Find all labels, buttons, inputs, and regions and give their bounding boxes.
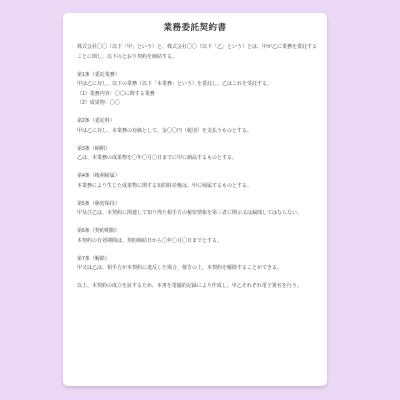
contract-article: 第4条（権利帰属） 本業務により生じた成果物に関する知的財産権は、甲に帰属するも…	[77, 172, 320, 191]
article-heading: 第7条（解除）	[77, 255, 320, 265]
contract-article: 第5条（秘密保持） 甲及び乙は、本契約に関連して知り得た相手方の秘密情報を第三者…	[77, 200, 320, 219]
document-title: 業務委託契約書	[77, 21, 313, 34]
article-line: （2）成果物：〇〇	[77, 99, 320, 109]
article-body: 甲は乙に対し、以下の業務（以下「本業務」という）を委託し、乙はこれを受託する。（…	[77, 80, 320, 109]
article-line: 甲は乙に対し、以下の業務（以下「本業務」という）を委託し、乙はこれを受託する。	[77, 80, 320, 90]
contract-article: 第2条（委託料） 甲は乙に対し、本業務の対価として、金〇〇円（税別）を支払うもの…	[77, 117, 320, 136]
article-line: 甲及び乙は、本契約に関連して知り得た相手方の秘密情報を第三者に開示又は漏洩しては…	[77, 209, 320, 219]
contract-article: 第3条（納期） 乙は、本業務の成果物を〇年〇月〇日までに甲に納品するものとする。	[77, 145, 320, 164]
article-body: 甲又は乙は、相手方が本契約に違反した場合、催告の上、本契約を解除することができる…	[77, 264, 320, 274]
article-line: 甲は乙に対し、本業務の対価として、金〇〇円（税別）を支払うものとする。	[77, 127, 320, 137]
contract-preamble: 株式会社〇〇（以下「甲」という）と、株式会社〇〇（以下「乙」という）とは、甲が乙…	[77, 43, 320, 62]
contract-article: 第7条（解除） 甲又は乙は、相手方が本契約に違反した場合、催告の上、本契約を解除…	[77, 255, 320, 274]
closing-statement: 以上、本契約の成立を証するため、本書を電磁的記録により作成し、甲乙それぞれ電子署…	[77, 282, 320, 292]
article-heading: 第2条（委託料）	[77, 117, 320, 127]
article-line: 本契約の有効期間は、契約締結日から〇年〇月〇日までとする。	[77, 237, 320, 247]
article-body: 乙は、本業務の成果物を〇年〇月〇日までに甲に納品するものとする。	[77, 154, 320, 164]
article-heading: 第4条（権利帰属）	[77, 172, 320, 182]
article-body: 本業務により生じた成果物に関する知的財産権は、甲に帰属するものとする。	[77, 182, 320, 192]
article-heading: 第1条（委託業務）	[77, 71, 320, 81]
article-heading: 第6条（契約期間）	[77, 227, 320, 237]
article-body: 甲は乙に対し、本業務の対価として、金〇〇円（税別）を支払うものとする。	[77, 127, 320, 137]
contract-article: 第1条（委託業務） 甲は乙に対し、以下の業務（以下「本業務」という）を委託し、乙…	[77, 71, 320, 109]
articles-container: 第1条（委託業務） 甲は乙に対し、以下の業務（以下「本業務」という）を委託し、乙…	[77, 71, 320, 274]
document-viewer-background: 業務委託契約書 株式会社〇〇（以下「甲」という）と、株式会社〇〇（以下「乙」とい…	[0, 0, 400, 400]
article-line: 本業務により生じた成果物に関する知的財産権は、甲に帰属するものとする。	[77, 182, 320, 192]
article-heading: 第5条（秘密保持）	[77, 200, 320, 210]
article-body: 甲及び乙は、本契約に関連して知り得た相手方の秘密情報を第三者に開示又は漏洩しては…	[77, 209, 320, 219]
article-body: 本契約の有効期間は、契約締結日から〇年〇月〇日までとする。	[77, 237, 320, 247]
article-line: 甲又は乙は、相手方が本契約に違反した場合、催告の上、本契約を解除することができる…	[77, 264, 320, 274]
article-heading: 第3条（納期）	[77, 145, 320, 155]
contract-article: 第6条（契約期間） 本契約の有効期間は、契約締結日から〇年〇月〇日までとする。	[77, 227, 320, 246]
article-line: 乙は、本業務の成果物を〇年〇月〇日までに甲に納品するものとする。	[77, 154, 320, 164]
contract-page: 業務委託契約書 株式会社〇〇（以下「甲」という）と、株式会社〇〇（以下「乙」とい…	[63, 13, 327, 386]
article-line: （1）業務内容：〇〇に関する業務	[77, 90, 320, 100]
